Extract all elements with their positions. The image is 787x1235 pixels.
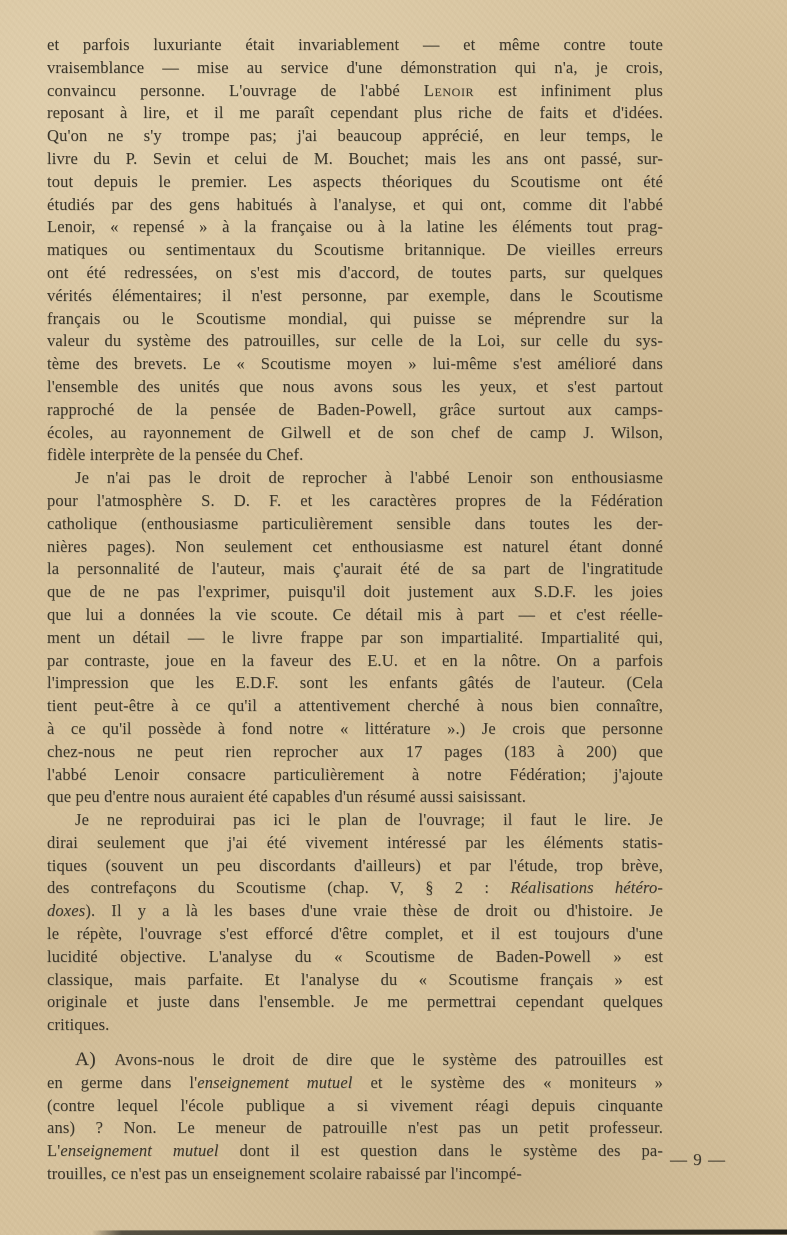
text-line: tiques (souvent un peu discordants d'ail… bbox=[47, 855, 663, 878]
text-run: écoles, au rayonnement de Gilwell et de … bbox=[47, 423, 663, 442]
text-run: que lui a données la vie scoute. Ce déta… bbox=[47, 605, 663, 624]
text-run: étudiés par des gens habitués à l'analys… bbox=[47, 195, 663, 214]
text-run: l'ensemble des unités que nous avons sou… bbox=[47, 377, 663, 396]
text-line: par contraste, joue en la faveur des E.U… bbox=[47, 650, 663, 673]
text-line: étudiés par des gens habitués à l'analys… bbox=[47, 194, 663, 217]
text-line: le répète, l'ouvrage s'est efforcé d'êtr… bbox=[47, 923, 663, 946]
page-number: — 9 — bbox=[670, 1150, 754, 1170]
text-run: dirai seulement que j'ai été vivement in… bbox=[47, 833, 663, 852]
text-line: des contrefaçons du Scoutisme (chap. V, … bbox=[47, 877, 663, 900]
text-line: vraisemblance — mise au service d'une dé… bbox=[47, 57, 663, 80]
text-run: et parfois luxuriante était invariableme… bbox=[47, 35, 663, 54]
text-line: classique, mais parfaite. Et l'analyse d… bbox=[47, 969, 663, 992]
text-line: nières pages). Non seulement cet enthous… bbox=[47, 536, 663, 559]
text-line: Je ne reproduirai pas ici le plan de l'o… bbox=[47, 809, 663, 832]
text-run: livre du P. Sevin et celui de M. Bouchet… bbox=[47, 149, 663, 168]
text-run: catholique (enthousiasme particulièremen… bbox=[47, 514, 663, 533]
text-line: pour l'atmosphère S. D. F. et les caract… bbox=[47, 490, 663, 513]
paragraph: A) Avons-nous le droit de dire que le sy… bbox=[47, 1049, 663, 1186]
paragraph: et parfois luxuriante était invariableme… bbox=[47, 34, 663, 467]
text-line: originale et juste dans l'ensemble. Je m… bbox=[47, 991, 663, 1014]
text-run: Avons-nous le droit de dire que le systè… bbox=[114, 1050, 663, 1069]
text-line: A) Avons-nous le droit de dire que le sy… bbox=[47, 1049, 663, 1072]
text-line: écoles, au rayonnement de Gilwell et de … bbox=[47, 422, 663, 445]
text-run: en germe dans l' bbox=[47, 1073, 197, 1092]
text-line: à ce qu'il possède à fond notre « littér… bbox=[47, 718, 663, 741]
text-run: matiques ou sentimentaux du Scoutisme br… bbox=[47, 240, 663, 259]
text-line: L'enseignement mutuel dont il est questi… bbox=[47, 1140, 663, 1163]
text-run: A) bbox=[75, 1049, 114, 1070]
text-run: lucidité objective. L'analyse du « Scout… bbox=[47, 947, 663, 966]
text-run: à ce qu'il possède à fond notre « littér… bbox=[47, 719, 663, 738]
text-line: la personnalité de l'auteur, mais ç'aura… bbox=[47, 558, 663, 581]
text-run: Lenoir, « repensé » à la française ou à … bbox=[47, 217, 663, 236]
text-run: critiques. bbox=[47, 1015, 109, 1034]
text-run: trouilles, ce n'est pas un enseignement … bbox=[47, 1164, 522, 1183]
text-line: ans) ? Non. Le meneur de patrouille n'es… bbox=[47, 1117, 663, 1140]
text-line: (contre lequel l'école publique a si viv… bbox=[47, 1095, 663, 1118]
text-line: reposant à lire, et il me paraît cependa… bbox=[47, 102, 663, 125]
text-line: l'impression que les E.D.F. sont les enf… bbox=[47, 672, 663, 695]
text-line: doxes). Il y a là les bases d'une vraie … bbox=[47, 900, 663, 923]
italic-text: enseignement mutuel bbox=[197, 1073, 352, 1092]
text-run: ans) ? Non. Le meneur de patrouille n'es… bbox=[47, 1118, 663, 1137]
text-run: rapproché de la pensée de Baden-Powell, … bbox=[47, 400, 663, 419]
smallcaps-name: Lenoir bbox=[424, 81, 474, 100]
text-line: ment un détail — le livre frappe par son… bbox=[47, 627, 663, 650]
text-run: que peu d'entre nous auraient été capabl… bbox=[47, 787, 526, 806]
text-line: que peu d'entre nous auraient été capabl… bbox=[47, 786, 663, 809]
text-run: des contrefaçons du Scoutisme (chap. V, … bbox=[47, 878, 510, 897]
text-line: Lenoir, « repensé » à la française ou à … bbox=[47, 216, 663, 239]
text-run: Je n'ai pas le droit de reprocher à l'ab… bbox=[75, 468, 663, 487]
text-run: convaincu personne. L'ouvrage de l'abbé bbox=[47, 81, 424, 100]
text-line: matiques ou sentimentaux du Scoutisme br… bbox=[47, 239, 663, 262]
text-run: vraisemblance — mise au service d'une dé… bbox=[47, 58, 663, 77]
italic-text: Réalisations hétéro- bbox=[510, 878, 663, 897]
text-run: tème des brevets. Le « Scoutisme moyen »… bbox=[47, 354, 663, 373]
text-run: par contraste, joue en la faveur des E.U… bbox=[47, 651, 663, 670]
text-line: et parfois luxuriante était invariableme… bbox=[47, 34, 663, 57]
text-run: nières pages). Non seulement cet enthous… bbox=[47, 537, 663, 556]
text-run: est infiniment plus bbox=[474, 81, 663, 100]
text-line: tient peut-être à ce qu'il a attentiveme… bbox=[47, 695, 663, 718]
text-run: valeur du système des patrouilles, sur c… bbox=[47, 331, 663, 350]
text-run: chez-nous ne peut rien reprocher aux 17 … bbox=[47, 742, 663, 761]
text-line: lucidité objective. L'analyse du « Scout… bbox=[47, 946, 663, 969]
text-run: la personnalité de l'auteur, mais ç'aura… bbox=[47, 559, 663, 578]
text-line: trouilles, ce n'est pas un enseignement … bbox=[47, 1163, 663, 1186]
text-line: catholique (enthousiasme particulièremen… bbox=[47, 513, 663, 536]
text-line: fidèle interprète de la pensée du Chef. bbox=[47, 444, 663, 467]
text-line: valeur du système des patrouilles, sur c… bbox=[47, 330, 663, 353]
text-run: dont il est question dans le système des… bbox=[219, 1141, 663, 1160]
text-run: le répète, l'ouvrage s'est efforcé d'êtr… bbox=[47, 924, 663, 943]
text-line: dirai seulement que j'ai été vivement in… bbox=[47, 832, 663, 855]
text-run: (contre lequel l'école publique a si viv… bbox=[47, 1096, 663, 1115]
text-run: L' bbox=[47, 1141, 60, 1160]
text-line: ont été redressées, on s'est mis d'accor… bbox=[47, 262, 663, 285]
text-run: originale et juste dans l'ensemble. Je m… bbox=[47, 992, 663, 1011]
text-line: que lui a données la vie scoute. Ce déta… bbox=[47, 604, 663, 627]
text-line: tème des brevets. Le « Scoutisme moyen »… bbox=[47, 353, 663, 376]
italic-text: doxes bbox=[47, 901, 85, 920]
text-line: convaincu personne. L'ouvrage de l'abbé … bbox=[47, 80, 663, 103]
text-line: que de ne pas l'exprimer, puisqu'il doit… bbox=[47, 581, 663, 604]
text-line: tout depuis le premier. Les aspects théo… bbox=[47, 171, 663, 194]
text-run: tout depuis le premier. Les aspects théo… bbox=[47, 172, 663, 191]
text-line: rapproché de la pensée de Baden-Powell, … bbox=[47, 399, 663, 422]
text-line: chez-nous ne peut rien reprocher aux 17 … bbox=[47, 741, 663, 764]
text-run: pour l'atmosphère S. D. F. et les caract… bbox=[47, 491, 663, 510]
scan-edge-shadow bbox=[92, 1230, 787, 1235]
text-run: reposant à lire, et il me paraît cependa… bbox=[47, 103, 663, 122]
text-run: ont été redressées, on s'est mis d'accor… bbox=[47, 263, 663, 282]
text-run: Qu'on ne s'y trompe pas; j'ai beaucoup a… bbox=[47, 126, 663, 145]
text-run: ment un détail — le livre frappe par son… bbox=[47, 628, 663, 647]
text-run: vérités élémentaires; il n'est personne,… bbox=[47, 286, 663, 305]
text-run: fidèle interprète de la pensée du Chef. bbox=[47, 445, 303, 464]
text-run: français ou le Scoutisme mondial, qui pu… bbox=[47, 309, 663, 328]
text-line: l'ensemble des unités que nous avons sou… bbox=[47, 376, 663, 399]
text-run: l'abbé Lenoir consacre particulièrement … bbox=[47, 765, 663, 784]
text-block: et parfois luxuriante était invariableme… bbox=[47, 34, 663, 1186]
text-line: Qu'on ne s'y trompe pas; j'ai beaucoup a… bbox=[47, 125, 663, 148]
paragraph: Je n'ai pas le droit de reprocher à l'ab… bbox=[47, 467, 663, 809]
text-line: l'abbé Lenoir consacre particulièrement … bbox=[47, 764, 663, 787]
text-run: tiques (souvent un peu discordants d'ail… bbox=[47, 856, 663, 875]
text-run: classique, mais parfaite. Et l'analyse d… bbox=[47, 970, 663, 989]
text-run: l'impression que les E.D.F. sont les enf… bbox=[47, 673, 663, 692]
text-line: critiques. bbox=[47, 1014, 663, 1037]
text-run: tient peut-être à ce qu'il a attentiveme… bbox=[47, 696, 663, 715]
text-line: vérités élémentaires; il n'est personne,… bbox=[47, 285, 663, 308]
book-page: et parfois luxuriante était invariableme… bbox=[0, 0, 787, 1235]
text-run: que de ne pas l'exprimer, puisqu'il doit… bbox=[47, 582, 663, 601]
text-run: Je ne reproduirai pas ici le plan de l'o… bbox=[75, 810, 663, 829]
text-line: français ou le Scoutisme mondial, qui pu… bbox=[47, 308, 663, 331]
italic-text: enseignement mutuel bbox=[60, 1141, 218, 1160]
text-line: en germe dans l'enseignement mutuel et l… bbox=[47, 1072, 663, 1095]
text-line: Je n'ai pas le droit de reprocher à l'ab… bbox=[47, 467, 663, 490]
text-line: livre du P. Sevin et celui de M. Bouchet… bbox=[47, 148, 663, 171]
text-run: ). Il y a là les bases d'une vraie thèse… bbox=[85, 901, 663, 920]
paragraph: Je ne reproduirai pas ici le plan de l'o… bbox=[47, 809, 663, 1037]
text-run: et le système des « moniteurs » bbox=[353, 1073, 663, 1092]
